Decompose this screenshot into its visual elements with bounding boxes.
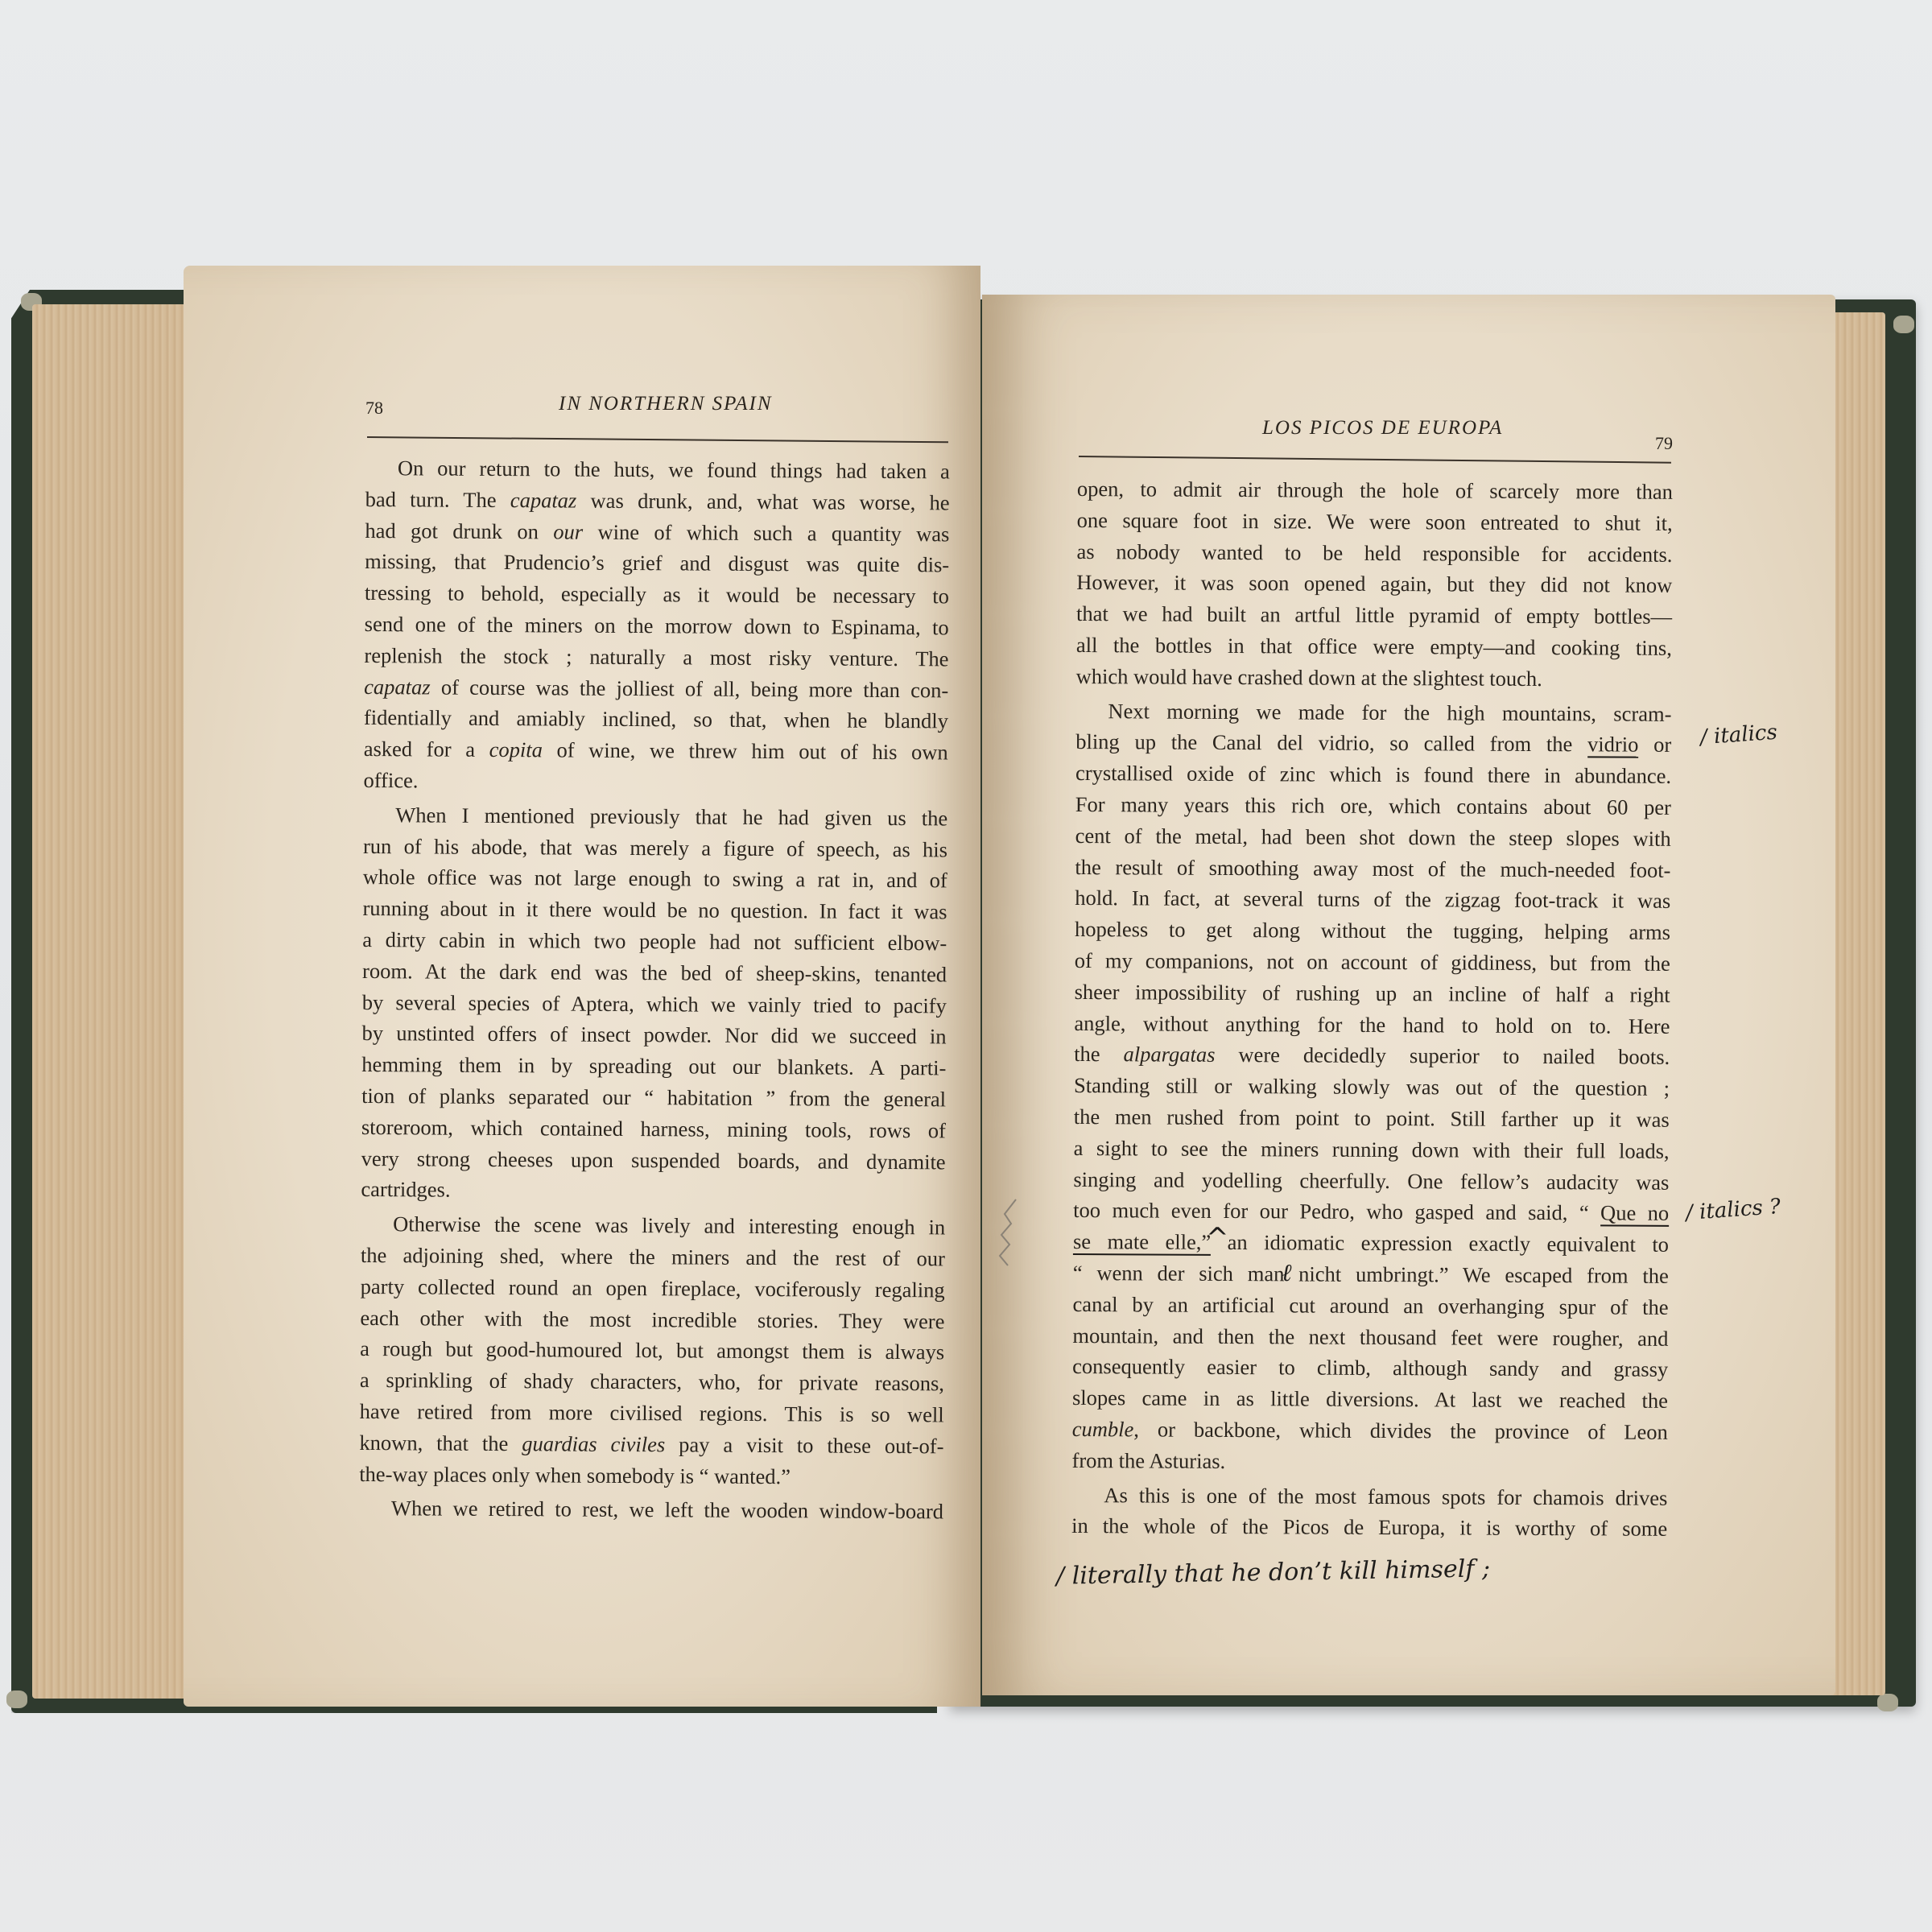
text-line: sheer impossibility of rushing up an inc… [1075,976,1670,1011]
italic-term: capataz [364,675,431,700]
text-line: all the bottles in that office were empt… [1076,630,1672,664]
text-line: from the Asturias. [1071,1445,1667,1480]
text-line: a rough but good-humoured lot, but among… [360,1333,944,1368]
text-line: Otherwise the scene was lively and inter… [361,1208,945,1243]
text-line: As this is one of the most famous spots … [1071,1479,1667,1513]
text-line: bling up the Canal del vidrio, so called… [1075,726,1671,761]
text-line: When we retired to rest, we left the woo… [359,1492,943,1527]
text-line: cumble, or backbone, which divides the p… [1072,1414,1668,1448]
italic-term: capataz [510,488,577,513]
text-line: singing and yodelling cheerfully. One fe… [1073,1164,1669,1199]
text-line: missing, that Prudencio’s grief and disg… [365,546,949,580]
text-line: se mate elle,” an idiomatic expression e… [1073,1226,1669,1261]
text-line: each other with the most incredible stor… [360,1302,944,1336]
insertion-caret-icon: ^ [1206,1222,1229,1254]
text-line: cartridges. [361,1174,945,1208]
italic-term: cumble [1072,1417,1134,1441]
text-line: which would have crashed down at the sli… [1076,661,1672,696]
underlined-term: se mate elle,” [1073,1229,1211,1256]
body-text: On our return to the huts, we found thin… [359,452,950,1528]
header-rule [367,436,948,443]
text-line: the men rushed from point to point. Stil… [1074,1101,1670,1136]
text-line: in the whole of the Picos de Europa, it … [1071,1510,1667,1545]
text-line: replenish the stock ; naturally a most r… [364,640,948,675]
text-line: had got drunk on our wine of which such … [365,515,949,550]
text-line: running about in it there would be no qu… [362,893,947,927]
frayed-corner [1893,316,1914,333]
text-line: When I mentioned previously that he had … [363,799,947,834]
text-line: Next morning we made for the high mounta… [1075,696,1671,730]
text-line: party collected round an open fireplace,… [361,1271,945,1306]
paragraph: Otherwise the scene was lively and inter… [359,1208,945,1493]
handwritten-footnote: / literally that he don’t kill himself ; [1056,1554,1491,1590]
text-line: a sprinkling of shady characters, who, f… [360,1364,944,1399]
deletion-mark-icon: ℓ [1282,1259,1292,1287]
text-line: the adjoining shed, where the miners and… [361,1240,945,1274]
text-line: tion of planks separated our “ habitatio… [361,1080,946,1115]
right-page: LOS PICOS DE EUROPA 79 open, to admit ai… [982,295,1835,1695]
italic-term: copita [489,737,543,762]
text-line: slopes came in as little diversions. At … [1072,1382,1668,1417]
paragraph: As this is one of the most famous spots … [1071,1479,1667,1544]
italic-term: our [553,519,583,543]
header-rule [1079,456,1671,464]
paragraph: When I mentioned previously that he had … [361,799,947,1209]
underlined-term: vidrio [1587,733,1638,758]
text-line: hopeless to get along without the tuggin… [1075,914,1670,948]
paragraph: On our return to the huts, we found thin… [363,452,950,799]
paragraph: When we retired to rest, we left the woo… [359,1492,943,1527]
text-line: a sight to see the miners running down w… [1074,1133,1670,1167]
text-line: However, it was soon opened again, but t… [1076,567,1672,601]
text-line: cent of the metal, had been shot down th… [1075,820,1671,855]
text-line: the result of smoothing away most of the… [1075,852,1670,886]
text-line: too much even for our Pedro, who gasped … [1073,1195,1669,1229]
text-line: capataz of course was the jolliest of al… [364,671,948,706]
pencil-mark-icon [993,1196,1026,1269]
italic-term: alpargatas [1124,1042,1216,1067]
running-head: IN NORTHERN SPAIN [559,393,773,415]
text-line: of my companions, not on account of gidd… [1075,945,1670,980]
text-line: that we had built an artful little pyram… [1076,598,1672,633]
text-line: known, that the guardias civiles pay a v… [359,1427,943,1462]
text-line: hemming them in by spreading out our bla… [361,1049,946,1084]
text-line: asked for a copita of wine, we threw him… [364,733,948,768]
text-line: “ wenn der sich man nicht umbringt.” We … [1073,1257,1669,1292]
left-page: 78 IN NORTHERN SPAIN On our return to th… [184,266,980,1707]
running-head: LOS PICOS DE EUROPA [1262,417,1503,440]
text-line: tressing to behold, especially as it wou… [365,577,949,612]
text-line: bad turn. The capataz was drunk, and, wh… [365,484,950,518]
text-line: by several species of Aptera, which we v… [362,987,947,1022]
text-line: canal by an artificial cut around an ove… [1072,1289,1668,1323]
text-line: the alpargatas were decidedly superior t… [1074,1038,1670,1073]
text-line: mountain, and then the next thousand fee… [1072,1320,1668,1355]
page-number: 78 [365,398,383,419]
open-book: 78 IN NORTHERN SPAIN On our return to th… [0,0,1932,1932]
paragraph: Next morning we made for the high mounta… [1071,696,1671,1480]
text-line: crystallised oxide of zinc which is foun… [1075,758,1671,792]
text-line: whole office was not large enough to swi… [363,861,947,896]
frayed-corner [1877,1694,1898,1711]
text-line: angle, without anything for the hand to … [1074,1008,1670,1042]
text-line: have retired from more civilised regions… [360,1396,944,1430]
text-line: consequently easier to climb, although s… [1072,1351,1668,1385]
text-line: room. At the dark end was the bed of she… [362,956,947,990]
text-line: On our return to the huts, we found thin… [365,452,950,487]
italic-term: guardias civiles [522,1431,665,1456]
text-line: For many years this rich ore, which cont… [1075,789,1671,824]
text-line: very strong cheeses upon suspended board… [361,1143,946,1178]
text-line: one square foot in size. We were soon en… [1077,505,1673,539]
text-line: by unstinted offers of insect powder. No… [361,1018,946,1052]
text-line: open, to admit air through the hole of s… [1077,473,1673,508]
text-line: the-way places only when somebody is “ w… [359,1458,943,1492]
text-line: storeroom, which contained harness, mini… [361,1112,946,1146]
text-line: a dirty cabin in which two people had no… [362,924,947,959]
text-line: Standing still or walking slowly was out… [1074,1070,1670,1104]
text-line: office. [363,765,947,799]
text-line: as nobody wanted to be held responsible … [1076,536,1672,571]
frayed-corner [6,1690,27,1708]
text-line: run of his abode, that was merely a figu… [363,831,947,865]
page-block-edge-left [32,304,197,1699]
text-line: hold. In fact, at several turns of the z… [1075,882,1670,917]
text-line: fidentially and amiably inclined, so tha… [364,702,948,737]
underlined-term: Que no [1600,1201,1669,1227]
page-number: 79 [1655,433,1673,454]
paragraph: open, to admit air through the hole of s… [1076,473,1673,695]
body-text: open, to admit air through the hole of s… [1071,473,1673,1545]
text-line: send one of the miners on the morrow dow… [365,609,949,643]
